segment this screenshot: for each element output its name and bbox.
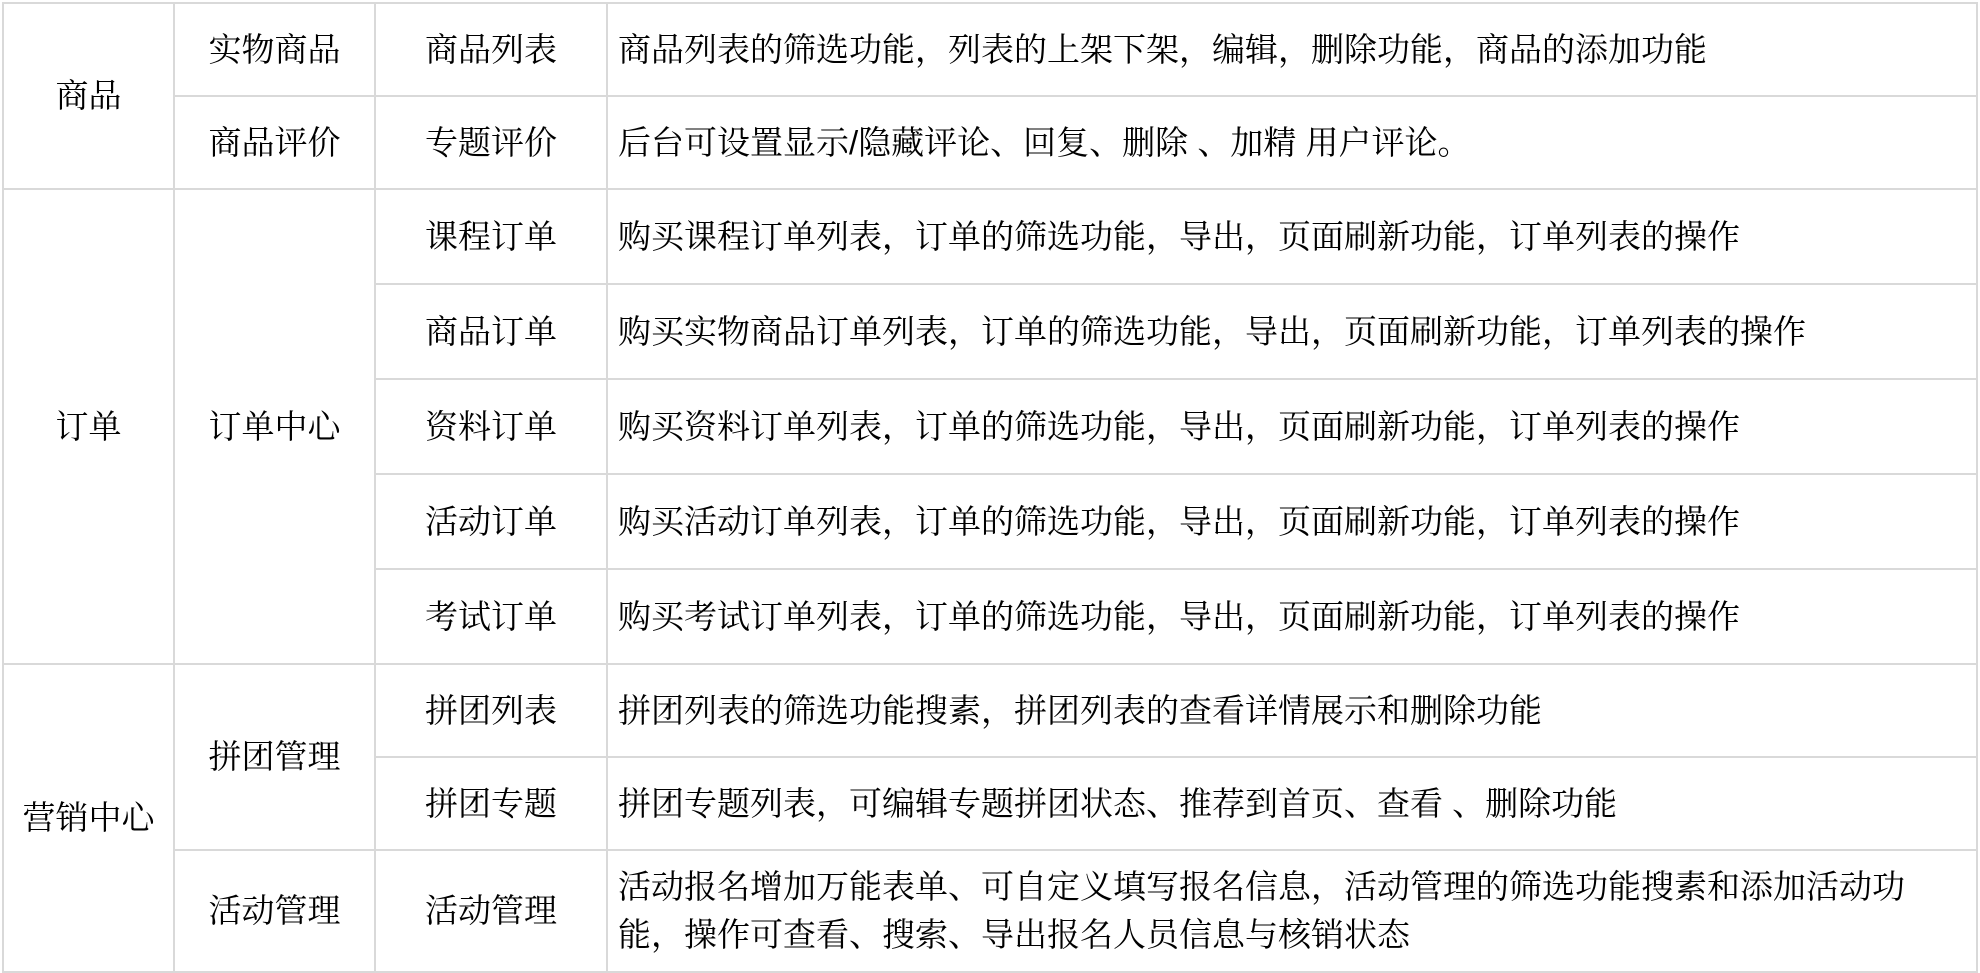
group-cell-activity-management: 活动管理 — [174, 850, 375, 972]
page: 商品 实物商品 商品列表 商品列表的筛选功能，列表的上架下架，编辑，删除功能，商… — [0, 0, 1980, 972]
description-cell: 商品列表的筛选功能，列表的上架下架，编辑，删除功能，商品的添加功能 — [607, 3, 1977, 96]
feature-cell-activity-order: 活动订单 — [375, 474, 607, 569]
feature-cell-exam-order: 考试订单 — [375, 569, 607, 664]
feature-cell-goods-list: 商品列表 — [375, 3, 607, 96]
feature-table: 商品 实物商品 商品列表 商品列表的筛选功能，列表的上架下架，编辑，删除功能，商… — [2, 2, 1978, 973]
group-cell-goods-review: 商品评价 — [174, 96, 375, 189]
feature-cell-goods-order: 商品订单 — [375, 284, 607, 379]
feature-cell-groupbuy-topic: 拼团专题 — [375, 757, 607, 850]
table-row: 商品评价 专题评价 后台可设置显示/隐藏评论、回复、删除 、加精 用户评论。 — [3, 96, 1977, 189]
table-row: 营销中心 拼团管理 拼团列表 拼团列表的筛选功能搜素，拼团列表的查看详情展示和删… — [3, 664, 1977, 757]
table-row: 活动管理 活动管理 活动报名增加万能表单、可自定义填写报名信息，活动管理的筛选功… — [3, 850, 1977, 972]
description-cell: 购买考试订单列表，订单的筛选功能，导出，页面刷新功能，订单列表的操作 — [607, 569, 1977, 664]
feature-cell-topic-review: 专题评价 — [375, 96, 607, 189]
description-cell: 购买课程订单列表，订单的筛选功能，导出，页面刷新功能，订单列表的操作 — [607, 189, 1977, 284]
description-cell: 购买资料订单列表，订单的筛选功能，导出，页面刷新功能，订单列表的操作 — [607, 379, 1977, 474]
feature-cell-material-order: 资料订单 — [375, 379, 607, 474]
table-row: 商品 实物商品 商品列表 商品列表的筛选功能，列表的上架下架，编辑，删除功能，商… — [3, 3, 1977, 96]
description-cell: 购买实物商品订单列表，订单的筛选功能，导出，页面刷新功能，订单列表的操作 — [607, 284, 1977, 379]
category-cell-orders: 订单 — [3, 189, 174, 664]
description-cell: 拼团专题列表，可编辑专题拼团状态、推荐到首页、查看 、删除功能 — [607, 757, 1977, 850]
group-cell-physical-goods: 实物商品 — [174, 3, 375, 96]
feature-cell-course-order: 课程订单 — [375, 189, 607, 284]
group-cell-groupbuy-management: 拼团管理 — [174, 664, 375, 850]
category-cell-goods: 商品 — [3, 3, 174, 189]
description-cell: 拼团列表的筛选功能搜素，拼团列表的查看详情展示和删除功能 — [607, 664, 1977, 757]
group-cell-order-center: 订单中心 — [174, 189, 375, 664]
description-cell: 购买活动订单列表，订单的筛选功能，导出，页面刷新功能，订单列表的操作 — [607, 474, 1977, 569]
description-cell: 后台可设置显示/隐藏评论、回复、删除 、加精 用户评论。 — [607, 96, 1977, 189]
feature-cell-groupbuy-list: 拼团列表 — [375, 664, 607, 757]
feature-cell-activity-management: 活动管理 — [375, 850, 607, 972]
category-cell-marketing-center: 营销中心 — [3, 664, 174, 972]
description-cell: 活动报名增加万能表单、可自定义填写报名信息，活动管理的筛选功能搜素和添加活动功能… — [607, 850, 1977, 972]
table-row: 订单 订单中心 课程订单 购买课程订单列表，订单的筛选功能，导出，页面刷新功能，… — [3, 189, 1977, 284]
